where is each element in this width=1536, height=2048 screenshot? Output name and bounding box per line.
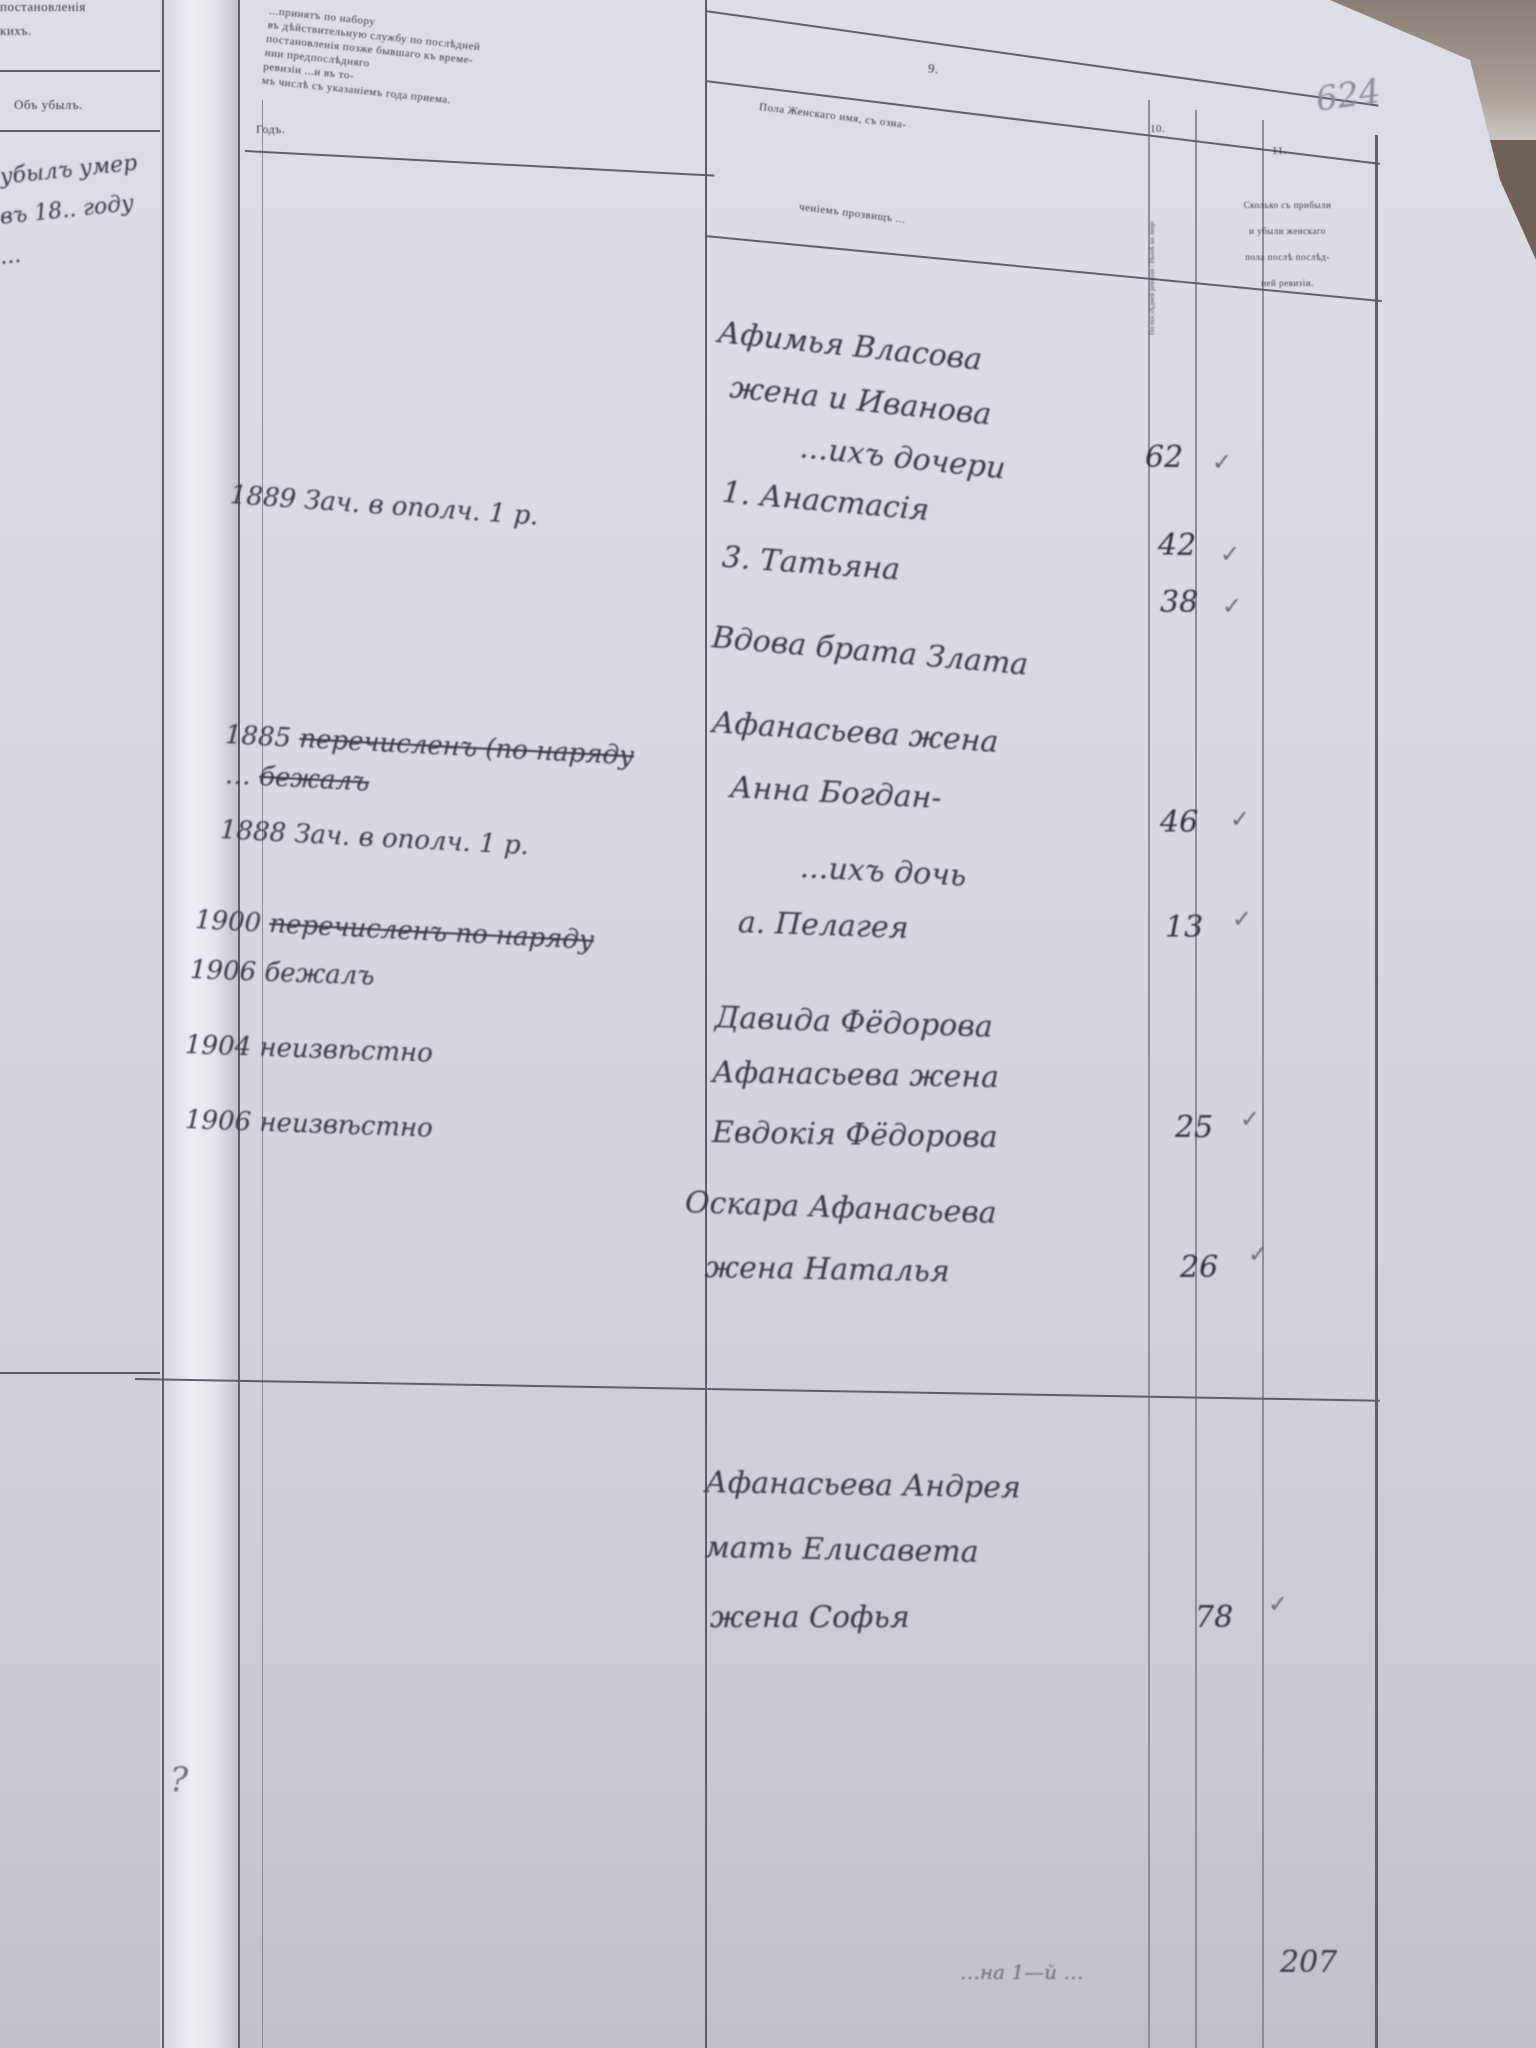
check-mark-icon: ✓ [1240, 1105, 1260, 1133]
note-year: … [224, 760, 252, 791]
age-value: 46 [1160, 805, 1198, 840]
note-text: неизвѣстно [259, 1033, 433, 1069]
check-mark-icon: ✓ [1268, 1590, 1288, 1618]
header-line: Сколько съ прибыли [1205, 192, 1370, 218]
book-spine [160, 0, 240, 2048]
rule-right-page-margin [238, 0, 240, 2048]
note-year: 1900 [194, 905, 262, 938]
female-name-line: Вдова брата Злата [710, 620, 1029, 683]
female-name-line: Давида Фёдорова [714, 1000, 993, 1045]
female-name-line: ...ихъ дочери [798, 430, 1007, 486]
rule-name-col [705, 0, 707, 2048]
female-name-line: жена Софья [710, 1600, 910, 1635]
note-text: бежалъ [258, 762, 370, 798]
left-header-fragment-2: кихъ. [0, 20, 32, 42]
service-note: … бежалъ [224, 760, 370, 798]
rule-left-header-1 [0, 70, 160, 72]
service-note: 1906 бежалъ [189, 955, 375, 991]
margin-question-mark: ? [170, 1760, 188, 1800]
female-name-line: 1. Анастасія [720, 475, 930, 528]
rule-left-header-2 [0, 130, 160, 132]
ledger-page: постановленія кихъ. Объ убылъ. убылъ уме… [0, 0, 1536, 2048]
female-name-line: а. Пелагея [737, 905, 909, 946]
check-mark-icon: ✓ [1222, 592, 1242, 620]
rule-col-10-right [1195, 110, 1197, 2048]
note-text: неизвѣстно [259, 1108, 433, 1144]
age-value: 42 [1158, 528, 1196, 563]
rule-section-break [135, 1378, 1380, 1402]
note-year: 1888 [219, 815, 287, 848]
header-col-10-number: 10. [1150, 118, 1165, 140]
footer-note: …на 1—й … [960, 1960, 1083, 1984]
note-text: Зач. в ополч. 1 р. [294, 819, 530, 861]
female-name-line: 3. Татьяна [721, 540, 901, 587]
check-mark-icon: ✓ [1232, 905, 1252, 933]
note-text: перечисленъ по наряду [269, 909, 595, 956]
rule-page-frame-right [1375, 135, 1378, 2048]
note-year: 1885 [224, 720, 292, 753]
note-year: 1904 [184, 1030, 251, 1062]
note-text: Зач. в ополч. 1 р. [303, 485, 539, 531]
page-mark: 207 [1280, 1945, 1337, 1980]
female-name-line: Афанасьева жена [712, 1055, 1000, 1095]
female-name-line: Анна Богдан- [729, 770, 942, 816]
female-name-line: Евдокія Фёдорова [712, 1115, 998, 1155]
note-year: 1889 [229, 480, 297, 515]
header-line: ней ревизіи. [1205, 270, 1370, 296]
header-line: пола послѣ послѣд- [1205, 244, 1370, 270]
header-col-11-text: Сколько съ прибыли и убыли женскаго пола… [1205, 192, 1370, 296]
left-page-entry: убылъ умер [0, 151, 138, 190]
header-col-9-line: Пола Женскаго имя, съ озна- [758, 100, 907, 132]
service-note: 1900 перечисленъ по наряду [194, 905, 594, 956]
service-note: 1889 Зач. в ополч. 1 р. [229, 480, 540, 532]
left-column-label: Объ убылъ. [14, 94, 83, 116]
check-mark-icon: ✓ [1212, 448, 1232, 476]
header-col-11-number: 11. [1272, 140, 1287, 162]
header-col-9-line: ченіемъ прозвищъ ... [798, 200, 906, 227]
note-year: 1906 [189, 955, 256, 987]
left-page-entry: ... [0, 243, 22, 270]
age-value: 38 [1160, 585, 1198, 620]
check-mark-icon: ✓ [1220, 540, 1240, 568]
rule-left-section [0, 1372, 160, 1374]
check-mark-icon: ✓ [1248, 1240, 1268, 1268]
female-name-line: Афанасьева жена [711, 705, 1000, 760]
rule-left-page-edge [162, 0, 164, 2048]
note-text: перечисленъ (по наряду [299, 724, 635, 771]
age-value: 25 [1175, 1110, 1213, 1145]
note-text: бежалъ [264, 958, 375, 992]
female-name-line: мать Елисавета [705, 1530, 979, 1570]
header-col-9-number: 9. [927, 57, 940, 80]
rule-year-col [262, 100, 263, 2048]
header-year-label: Годъ. [256, 118, 285, 140]
female-name-line: жена и Иванова [728, 370, 993, 432]
female-name-line: Оскара Афанасьева [684, 1185, 997, 1231]
age-value: 26 [1180, 1250, 1218, 1285]
rule-col-11-right [1262, 120, 1264, 2048]
rule-header-bottom-a [245, 150, 714, 177]
left-page-entry: въ 18.. году [0, 191, 135, 230]
note-year: 1906 [184, 1105, 251, 1137]
female-name-line: Афанасьева Андрея [705, 1465, 1021, 1506]
archive-page-number: 624 [1313, 71, 1383, 120]
age-value: 78 [1195, 1600, 1233, 1635]
left-header-fragment-1: постановленія [0, 0, 86, 18]
female-name-line: жена Наталья [705, 1250, 950, 1289]
female-name-line: ...ихъ дочь [799, 850, 967, 894]
age-value: 13 [1165, 910, 1203, 945]
header-line: и убыли женскаго [1205, 218, 1370, 244]
female-name-line: Афимья Власова [716, 315, 984, 378]
age-value: 62 [1145, 440, 1183, 475]
check-mark-icon: ✓ [1230, 805, 1250, 833]
header-col-10-vertical-label: По послѣдней ревизіи / Нынѣ на лицо [1148, 155, 1156, 335]
header-service-column: ...принятъ по набору въ дѣйствительную с… [261, 4, 697, 132]
service-note: 1888 Зач. в ополч. 1 р. [219, 815, 529, 861]
rule-col-10-left [1148, 100, 1150, 2048]
